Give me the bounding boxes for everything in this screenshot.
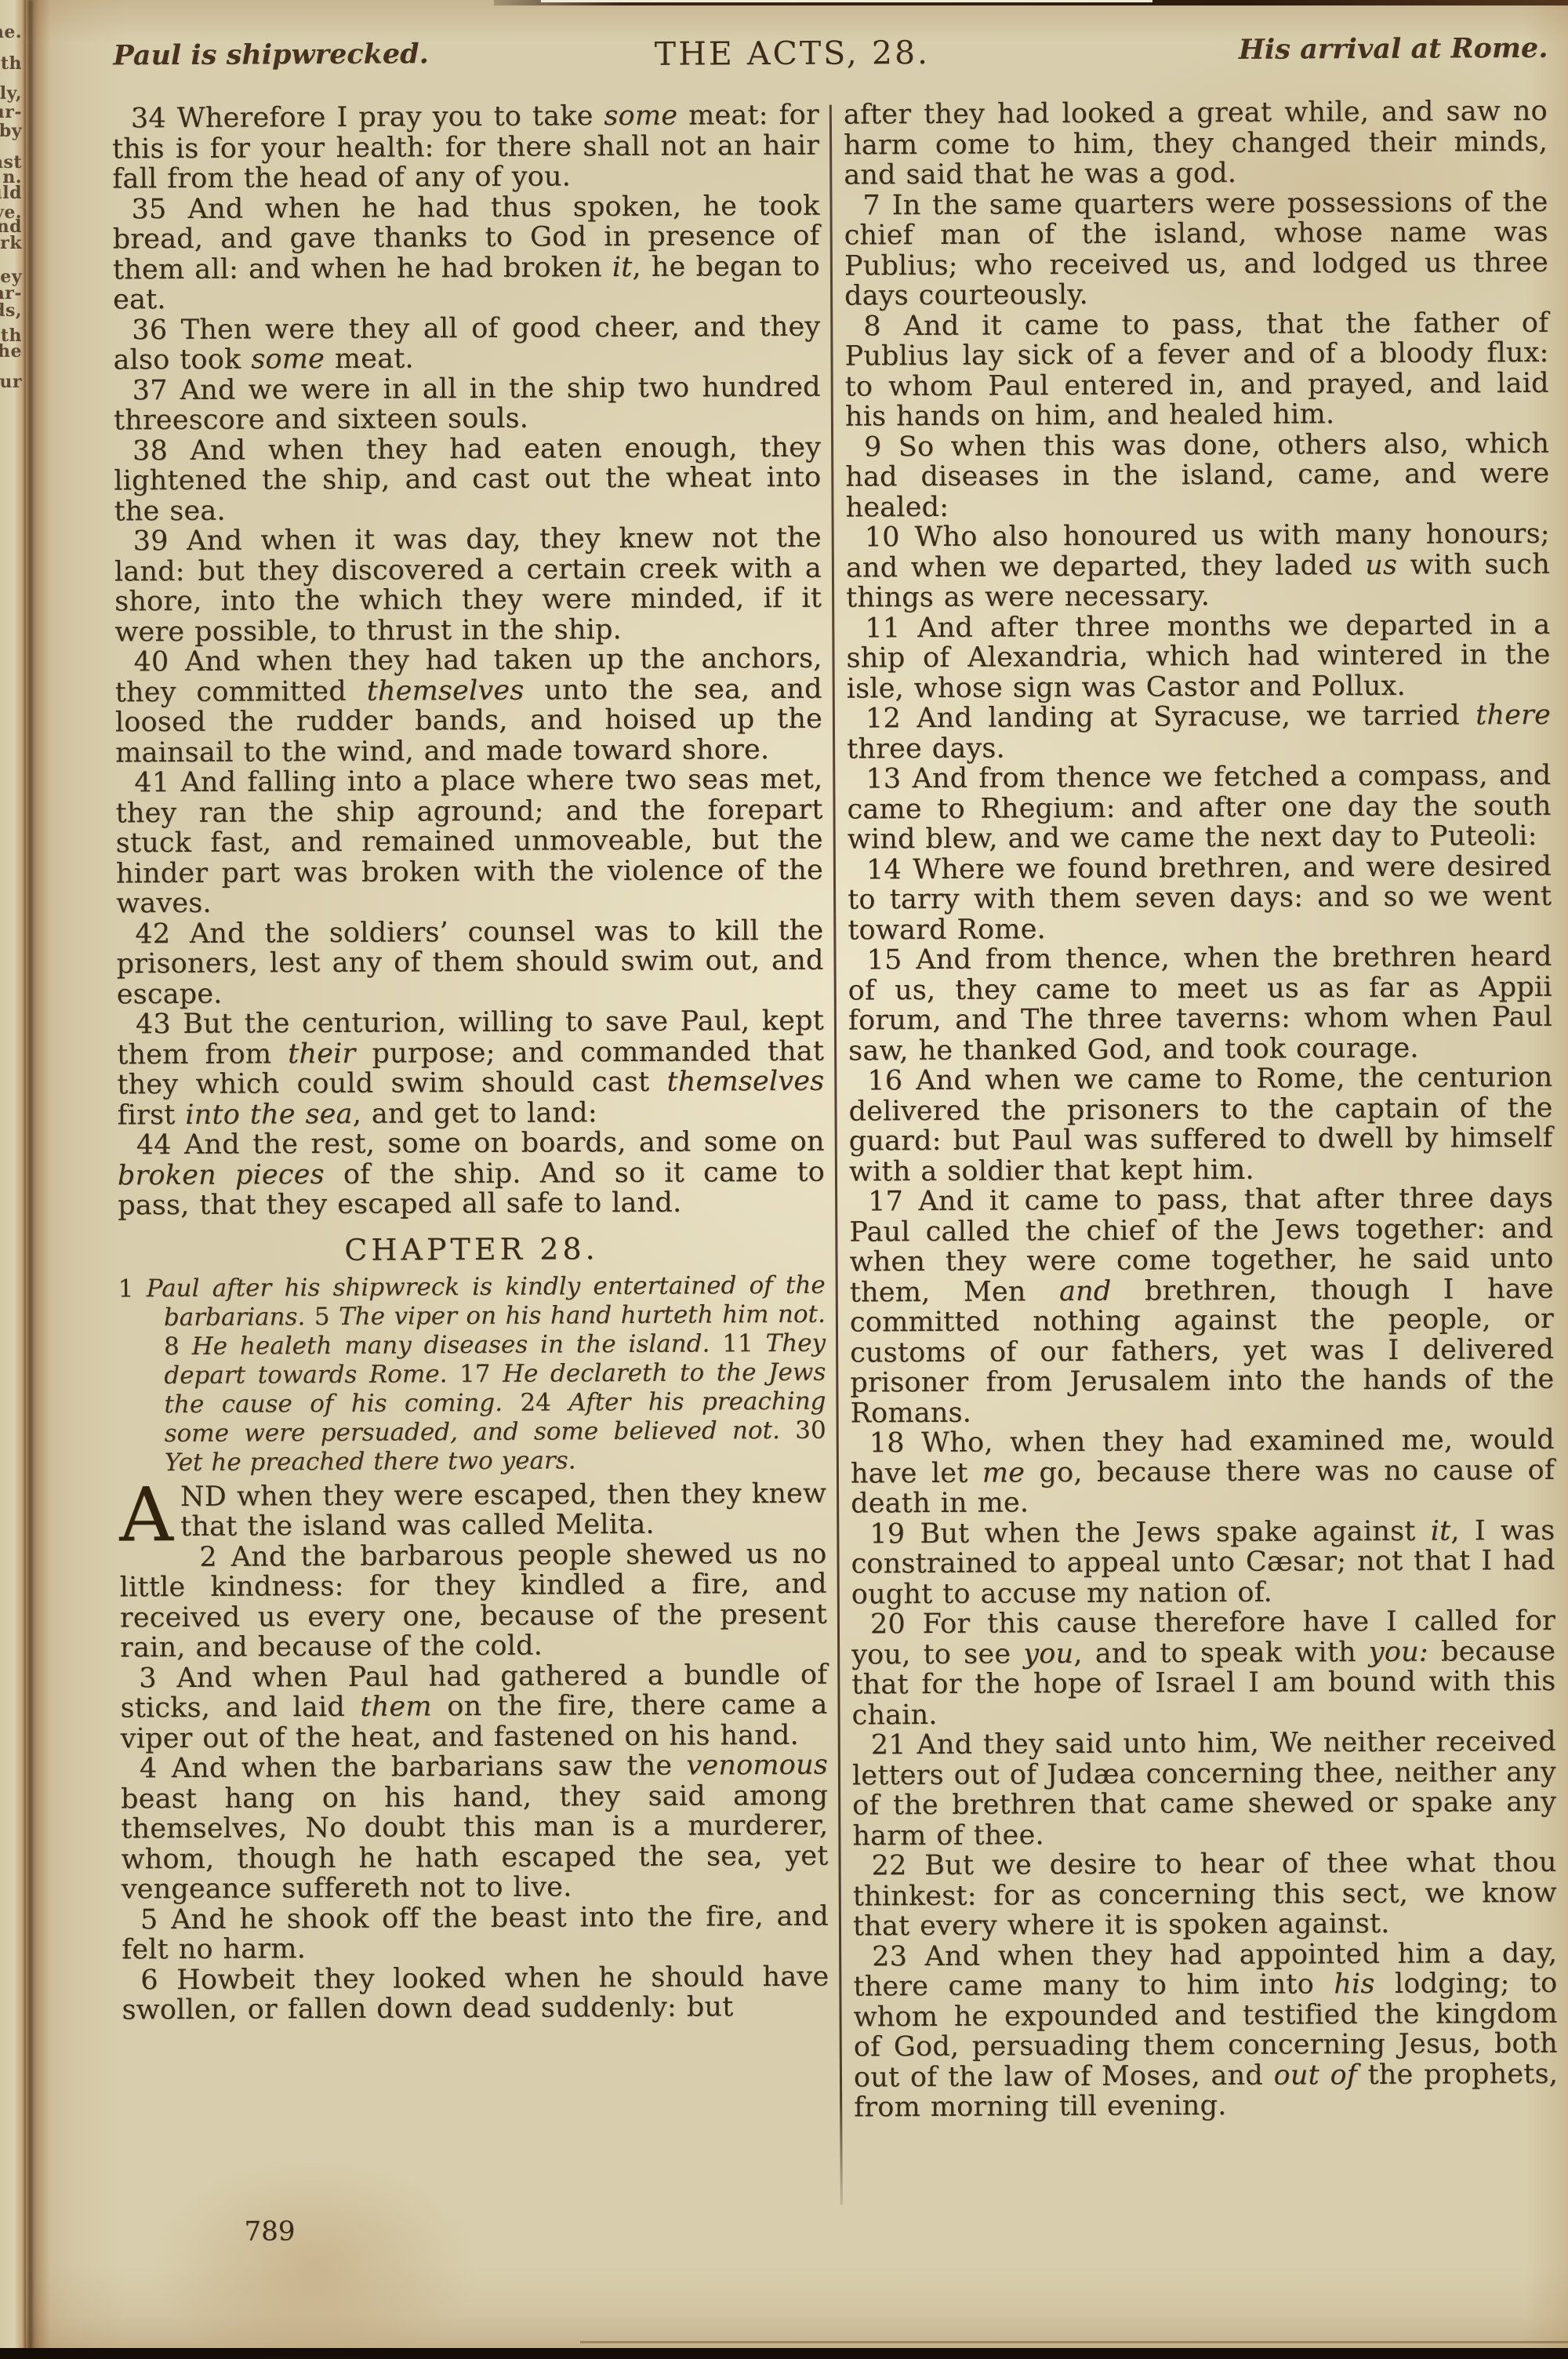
verse-number: 15 [866, 944, 916, 976]
scan-bottom-band [0, 2348, 1568, 2359]
verse-paragraph: 12 And landing at Syracuse, we tarried t… [847, 700, 1551, 765]
verse-number: 7 [862, 190, 891, 221]
italic-text: them [360, 1691, 432, 1722]
verse-paragraph: 16 And when we came to Rome, the centuri… [848, 1063, 1553, 1187]
verse-paragraph: 38 And when they had eaten enough, they … [114, 432, 822, 526]
italic-text: their [288, 1038, 355, 1069]
italic-text: some [604, 100, 677, 132]
verse-paragraph: 20 For this cause therefore have I calle… [851, 1606, 1556, 1731]
italic-text: some [251, 343, 325, 375]
verse-paragraph: AND when they were escaped, then they kn… [119, 1478, 826, 1543]
verse-paragraph: 18 Who, when they had examined me, would… [851, 1425, 1555, 1519]
italic-text: it [612, 251, 633, 282]
verse-paragraph: 35 And when he had thus spoken, he took … [112, 191, 820, 315]
verse-paragraph: 11 And after three months we departed in… [846, 609, 1551, 703]
verse-paragraph: 44 And the rest, some on boards, and som… [118, 1127, 826, 1221]
verse-paragraph: 23 And when they had appointed him a day… [853, 1938, 1558, 2123]
verse-number: 23 [872, 1941, 925, 1972]
italic-text: you: [1369, 1636, 1428, 1667]
drop-cap: A [119, 1482, 173, 1544]
verse-paragraph: 42 And the soldiers’ counsel was to kill… [116, 915, 824, 1009]
running-header: Paul is shipwrecked. THE ACTS, 28. His a… [0, 32, 1563, 82]
italic-text: themselves [666, 1066, 824, 1098]
chapter-summary: 1 Paul after his shipwreck is kindly ent… [118, 1270, 826, 1478]
verse-number: 13 [866, 763, 912, 794]
verse-paragraph: 39 And when it was day, they knew not th… [114, 523, 822, 648]
verse-paragraph: 17 And it came to pass, that after three… [849, 1183, 1555, 1429]
verse-number: 6 [140, 1965, 176, 1996]
scanned-bible-page: { "header": { "left": "Paul is shipwreck… [0, 0, 1568, 2359]
verse-number: 43 [136, 1009, 183, 1040]
italic-text: into the sea [185, 1098, 353, 1130]
verse-paragraph: 36 Then were they all of good cheer, and… [113, 311, 820, 376]
verse-paragraph: 5 And he shook off the beast into the fi… [122, 1901, 829, 1965]
verse-number: 40 [133, 646, 185, 678]
italic-text: you [1023, 1638, 1073, 1670]
verse-number: 36 [132, 314, 181, 346]
italic-text: The viper on his hand hurteth him not. [339, 1299, 826, 1330]
verse-paragraph: 9 So when this was done, others also, wh… [845, 428, 1550, 522]
italic-text: venomous [686, 1750, 828, 1782]
italic-text: broken pieces [118, 1159, 325, 1191]
italic-text: his [1334, 1968, 1375, 2000]
verse-number: 2 [199, 1541, 231, 1572]
verse-paragraph: 21 And they said unto him, We neither re… [852, 1727, 1557, 1852]
verse-number: 39 [133, 525, 187, 557]
verse-paragraph: 34 Wherefore I pray you to take some mea… [112, 100, 820, 194]
verse-paragraph: 37 And we were in all in the ship two hu… [114, 372, 821, 436]
verse-paragraph: 22 But we desire to hear of thee what th… [852, 1848, 1557, 1942]
verse-number: 21 [871, 1729, 917, 1761]
verse-number: 20 [870, 1608, 923, 1640]
header-right-title: His arrival at Rome. [1239, 32, 1548, 66]
italic-text: us [1365, 549, 1397, 580]
chapter-heading: CHAPTER 28. [118, 1230, 825, 1268]
verse-paragraph: 7 In the same quarters were possessions … [844, 187, 1548, 311]
italic-text: themselves [367, 674, 524, 707]
italic-text: and [1059, 1275, 1112, 1307]
page-content: Paul is shipwrecked. THE ACTS, 28. His a… [0, 0, 1568, 2359]
verse-paragraph: 19 But when the Jews spake against it, I… [851, 1515, 1555, 1609]
verse-paragraph: 2 And the barbarous people shewed us no … [119, 1539, 827, 1663]
verse-paragraph: 14 Where we found brethren, and were des… [848, 851, 1552, 945]
verse-number: 12 [866, 703, 916, 734]
verse-number: 18 [869, 1427, 922, 1459]
verse-number: 5 [140, 1904, 171, 1936]
verse-paragraph: 13 And from thence we fetched a compass,… [847, 761, 1552, 855]
verse-number: 34 [131, 103, 177, 134]
italic-text: there [1475, 700, 1551, 732]
verse-number: 11 [865, 612, 917, 644]
verse-number: 35 [131, 193, 187, 224]
verse-paragraph: 15 And from thence, when the brethren he… [848, 942, 1552, 1067]
verse-number: 22 [871, 1850, 924, 1881]
verse-number: 41 [134, 767, 180, 798]
verse-number: 42 [135, 918, 190, 949]
text-columns: 34 Wherefore I pray you to take some mea… [112, 96, 1559, 2209]
right-column: after they had looked a great while, and… [844, 96, 1559, 2205]
italic-text: He healeth many diseases in the island. [192, 1329, 710, 1360]
verse-continuation: after they had looked a great while, and… [844, 96, 1548, 191]
verse-number: 19 [869, 1518, 920, 1550]
verse-number: 38 [132, 434, 191, 466]
verse-paragraph: 8 And it came to pass, that the father o… [844, 307, 1549, 432]
verse-number: 4 [140, 1753, 172, 1784]
verse-number: 37 [132, 375, 180, 406]
verse-number: 10 [865, 522, 915, 553]
verse-paragraph: 3 And when Paul had gathered a bundle of… [120, 1659, 828, 1754]
verse-number: 8 [863, 311, 903, 342]
italic-text: me [982, 1457, 1025, 1488]
verse-paragraph: 10 Who also honoured us with many honour… [846, 519, 1551, 613]
page-number: 789 [219, 2215, 321, 2248]
left-column: 34 Wherefore I pray you to take some mea… [112, 100, 830, 2209]
verse-number: 17 [868, 1186, 919, 1217]
italic-text: out of [1273, 2059, 1357, 2092]
verse-number: 9 [864, 431, 898, 463]
verse-number: 3 [139, 1663, 176, 1694]
column-divider [829, 105, 843, 2205]
verse-paragraph: 40 And when they had taken up the anchor… [114, 644, 822, 769]
italic-text: it [1431, 1515, 1451, 1547]
verse-paragraph: 43 But the centurion, willing to save Pa… [117, 1006, 825, 1131]
scanned-page: ome.liethftly,pur-e byinstn.uldve.andork… [0, 0, 1568, 2359]
scan-bottom-line [580, 2341, 1568, 2343]
verse-paragraph: 4 And when the barbarians saw the venomo… [121, 1750, 829, 1905]
italic-text: Yet he preached there two years. [165, 1446, 576, 1477]
verse-number: 16 [867, 1065, 916, 1096]
verse-paragraph: 6 Howbeit they looked when he should hav… [122, 1961, 829, 2026]
verse-paragraph: 41 And falling into a place where two se… [115, 765, 823, 919]
verse-number: 44 [136, 1129, 184, 1161]
verse-number: 14 [866, 854, 913, 885]
